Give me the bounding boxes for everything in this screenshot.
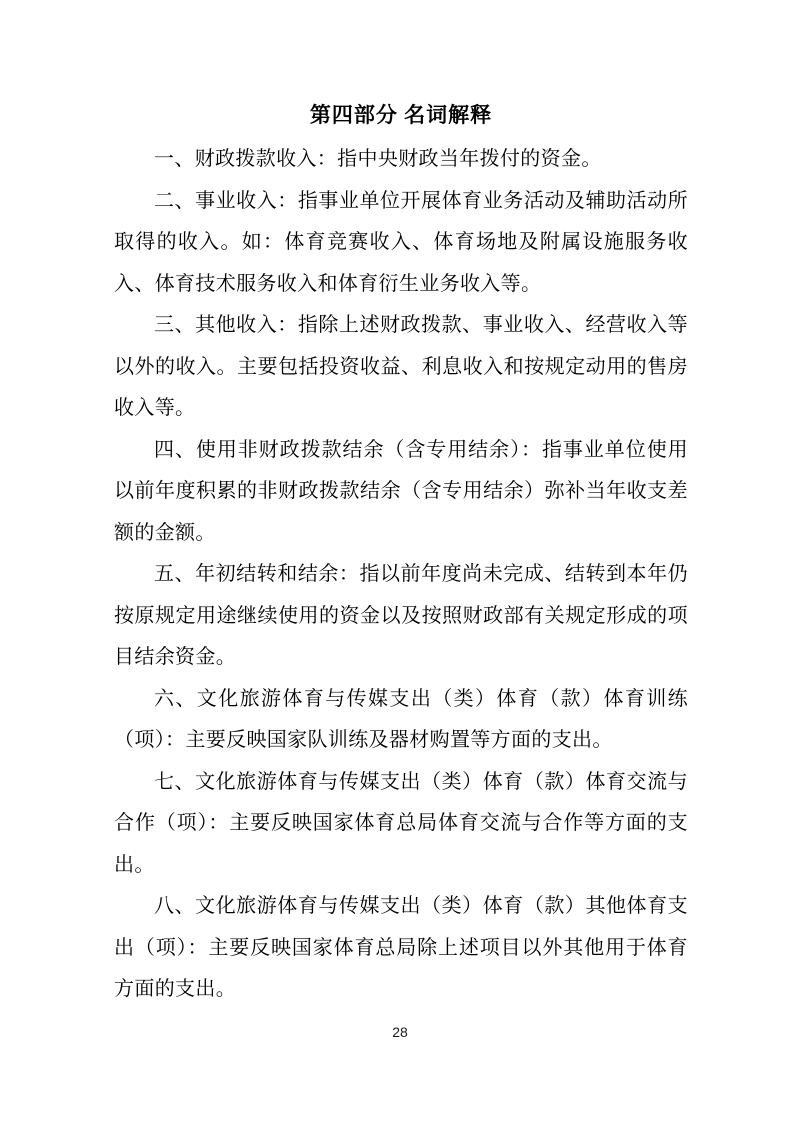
paragraph: 二、事业收入：指事业单位开展体育业务活动及辅助活动所取得的收入。如：体育竞赛收入… [114,181,688,306]
paragraph: 六、文化旅游体育与传媒支出（类）体育（款）体育训练（项）：主要反映国家队训练及器… [114,679,688,762]
paragraph: 一、财政拨款收入：指中央财政当年拨付的资金。 [114,139,688,181]
page-number: 28 [0,1022,800,1042]
page-title: 第四部分 名词解释 [114,100,688,130]
document-body: 一、财政拨款收入：指中央财政当年拨付的资金。二、事业收入：指事业单位开展体育业务… [114,139,688,1011]
document-content: 第四部分 名词解释 一、财政拨款收入：指中央财政当年拨付的资金。二、事业收入：指… [114,100,688,1011]
paragraph: 八、文化旅游体育与传媒支出（类）体育（款）其他体育支出（项）：主要反映国家体育总… [114,886,688,1011]
paragraph: 三、其他收入：指除上述财政拨款、事业收入、经营收入等以外的收入。主要包括投资收益… [114,305,688,430]
paragraph: 七、文化旅游体育与传媒支出（类）体育（款）体育交流与合作（项）：主要反映国家体育… [114,762,688,887]
paragraph: 四、使用非财政拨款结余（含专用结余）：指事业单位使用以前年度积累的非财政拨款结余… [114,430,688,555]
paragraph: 五、年初结转和结余：指以前年度尚未完成、结转到本年仍按原规定用途继续使用的资金以… [114,554,688,679]
document-page: 第四部分 名词解释 一、财政拨款收入：指中央财政当年拨付的资金。二、事业收入：指… [0,0,800,1131]
